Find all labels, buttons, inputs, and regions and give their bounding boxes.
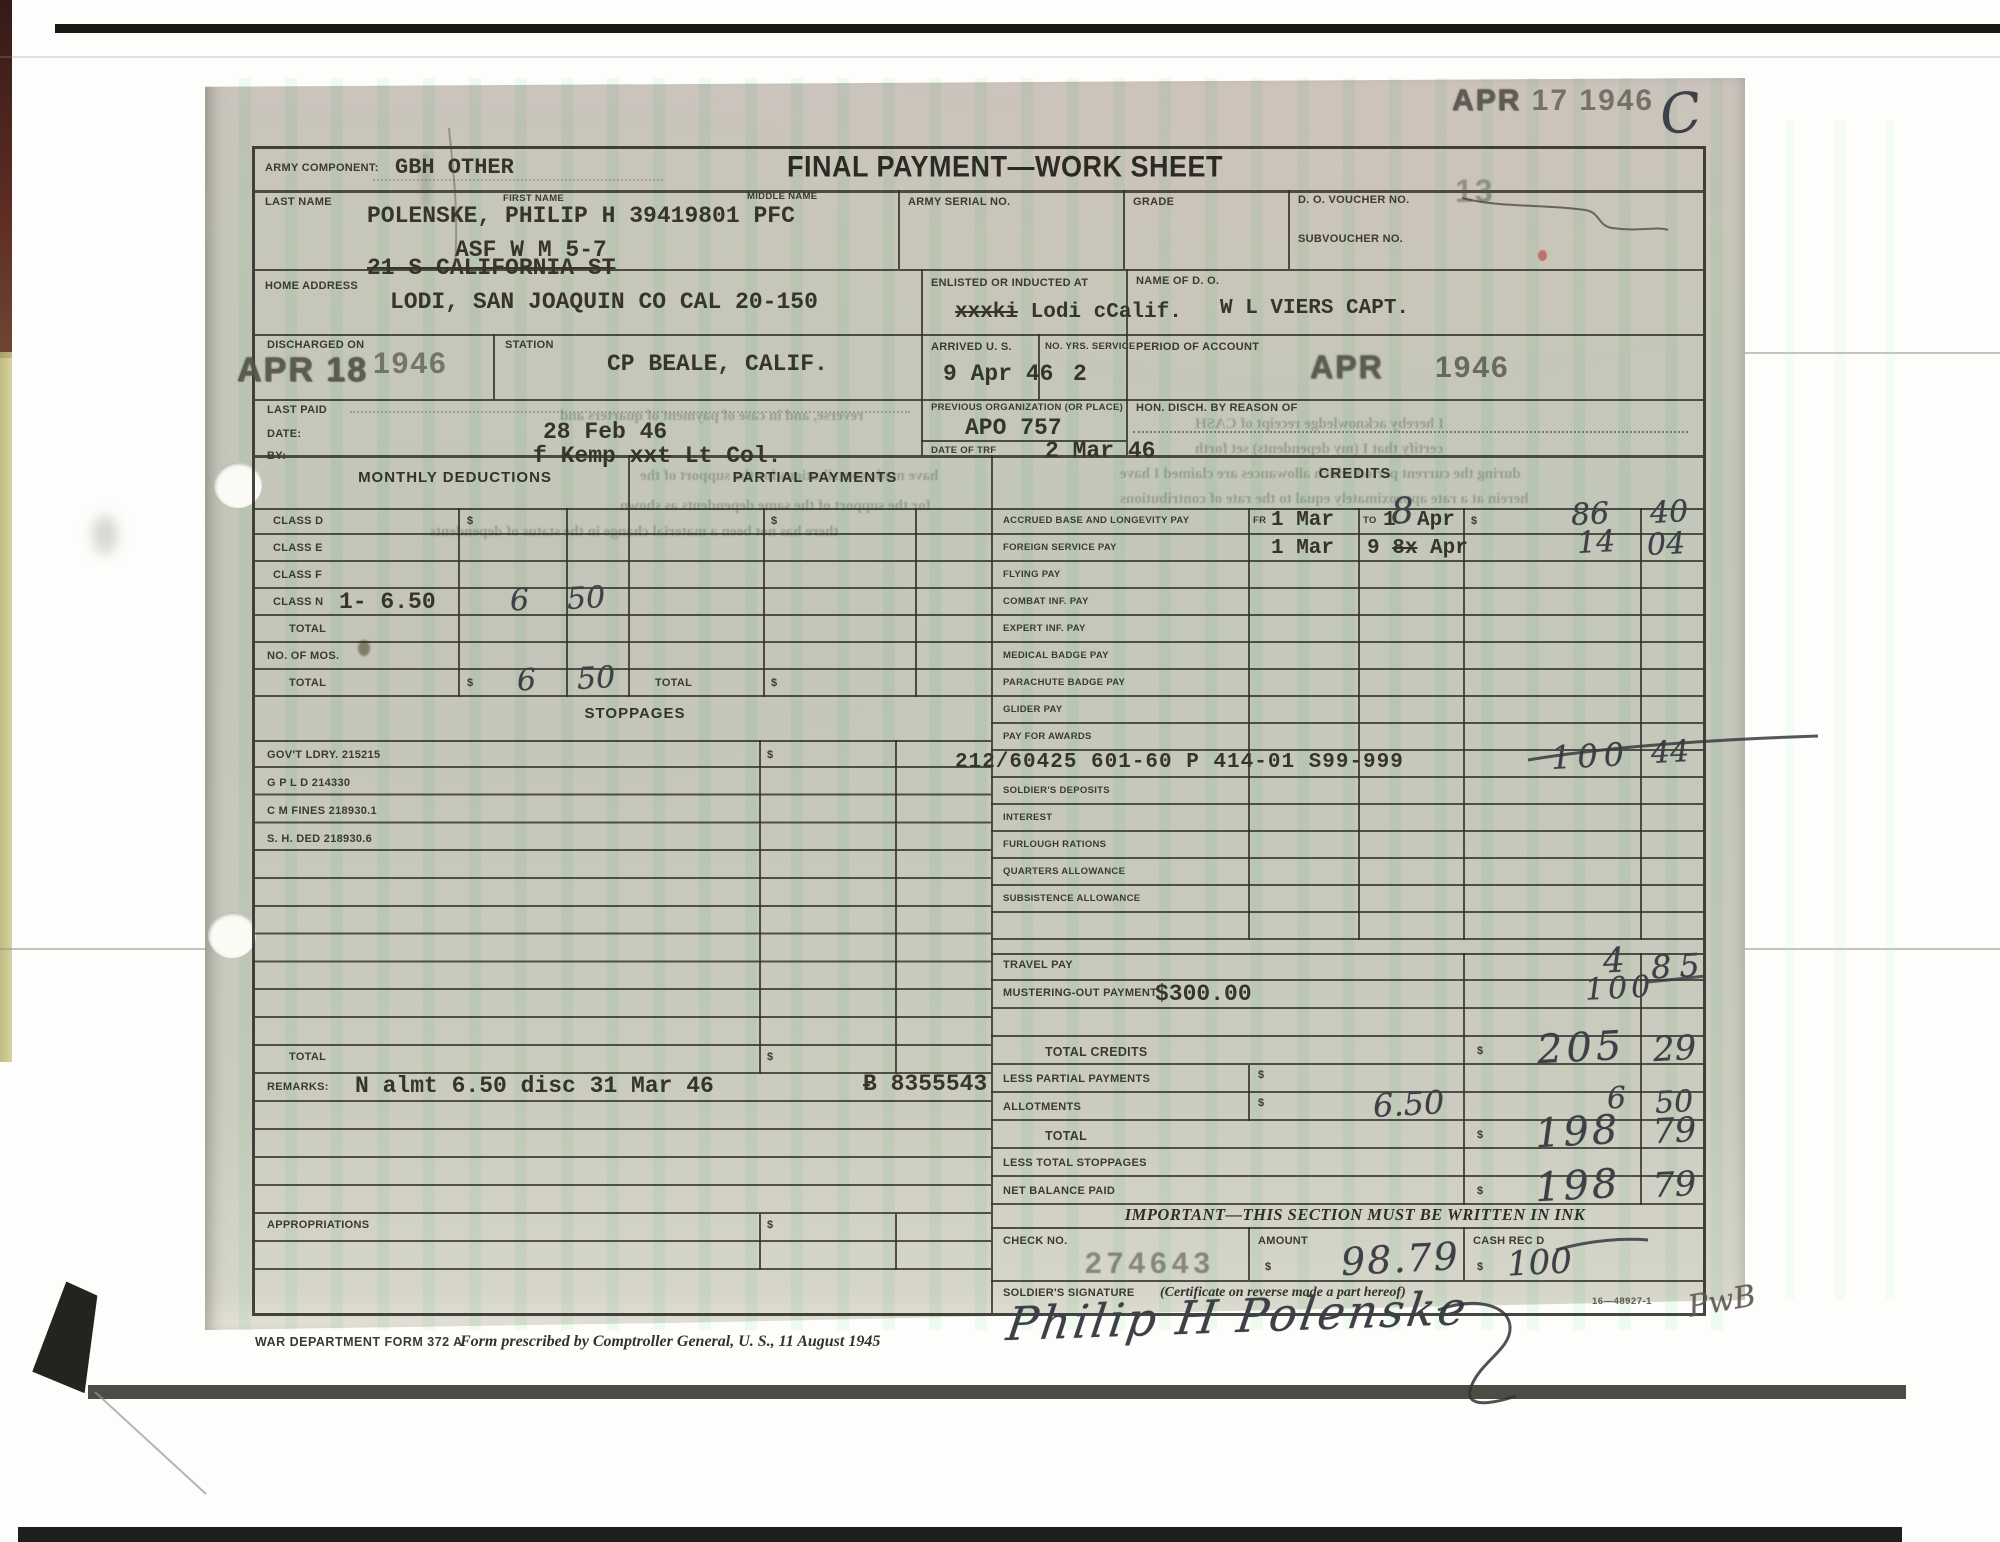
footer-form-number: WAR DEPARTMENT FORM 372 A: [255, 1335, 463, 1349]
hw-class-n-cents: 50: [566, 580, 606, 617]
stamp-month: APR: [1452, 84, 1521, 117]
footer-prescribed-by: Form prescribed by Comptroller General, …: [460, 1333, 880, 1351]
label-subsistence-allowance: SUBSISTENCE ALLOWANCE: [1003, 893, 1140, 904]
dollar-sign: $: [1258, 1097, 1264, 1109]
hw-net-balance-cents: 79: [1652, 1164, 1697, 1206]
label-class-f: CLASS F: [273, 569, 322, 581]
scan-edge-olive-strip: [0, 352, 12, 1062]
value-soldier-name: POLENSKE, PHILIP H 39419801 PFC: [367, 203, 795, 229]
label-quarters-allowance: QUARTERS ALLOWANCE: [1003, 866, 1125, 877]
section-monthly-deductions: MONTHLY DEDUCTIONS: [305, 469, 605, 486]
rule: [921, 269, 923, 455]
value-foreign-to-month: Apr: [1417, 537, 1467, 560]
label-net-balance-paid: NET BALANCE PAID: [1003, 1185, 1115, 1197]
hw-total-cents: 50: [576, 660, 616, 697]
value-last-paid-date: 28 Feb 46: [543, 419, 667, 445]
label-furlough-rations: FURLOUGH RATIONS: [1003, 839, 1106, 850]
scan-line: [0, 948, 205, 950]
label-class-n: CLASS N: [273, 596, 323, 608]
dollar-sign: $: [1265, 1261, 1271, 1273]
label-date: DATE:: [267, 428, 301, 440]
label-medical-badge-pay: MEDICAL BADGE PAY: [1003, 650, 1109, 661]
stamp-voucher-number: 13: [1455, 173, 1495, 210]
hw-total-credits-cents: 29: [1652, 1028, 1697, 1070]
label-flying-pay: FLYING PAY: [1003, 569, 1061, 580]
label-deductions-grand-total: TOTAL: [289, 677, 326, 689]
label-less-partial-payments: LESS PARTIAL PAYMENTS: [1003, 1073, 1150, 1085]
label-cm-fines: C M FINES 218930.1: [267, 805, 377, 817]
dollar-sign: $: [1477, 1261, 1483, 1273]
value-station: CP BEALE, CALIF.: [607, 351, 828, 377]
rule: [493, 334, 495, 399]
scan-edge-red-strip: [0, 0, 12, 358]
label-allotments: ALLOTMENTS: [1003, 1101, 1081, 1113]
dollar-sign: $: [467, 515, 473, 527]
hw-accrued-to-day: 8: [1390, 490, 1415, 532]
label-pay-for-awards: PAY FOR AWARDS: [1003, 731, 1092, 742]
rule: [1288, 190, 1290, 269]
label-combat-inf-pay: COMBAT INF. PAY: [1003, 596, 1089, 607]
label-last-paid: LAST PAID: [267, 404, 327, 416]
rule: [895, 1214, 897, 1270]
label-class-e: CLASS E: [273, 542, 323, 554]
label-enlisted-at: ENLISTED OR INDUCTED AT: [931, 277, 1088, 289]
stamp-period-year: 1946: [1435, 351, 1510, 385]
value-paid-by-struck: xxt: [630, 443, 671, 469]
label-fr: FR: [1253, 515, 1266, 526]
hw-class-n-dollars: 6: [509, 583, 530, 619]
value-remarks-number: Ƀ 8355543: [863, 1071, 987, 1097]
label-grade: GRADE: [1133, 196, 1174, 208]
section-stoppages: STOPPAGES: [495, 705, 775, 722]
form-title: FINAL PAYMENT—WORK SHEET: [775, 151, 1235, 184]
value-paid-by: f Kemp: [533, 443, 630, 469]
value-yrs-service: 2: [1073, 361, 1087, 387]
hw-check-amount: 98.79: [1340, 1234, 1461, 1284]
hw-total-credits-dollars: 205: [1536, 1023, 1627, 1074]
dollar-sign: $: [1477, 1045, 1483, 1057]
final-payment-worksheet-form: ARMY COMPONENT: GBH OTHER FINAL PAYMENT—…: [252, 146, 1706, 1316]
dollar-sign: $: [1477, 1129, 1483, 1141]
label-class-d: CLASS D: [273, 515, 323, 527]
label-stoppages-total: TOTAL: [289, 1051, 326, 1063]
dollar-sign: $: [1258, 1069, 1264, 1081]
label-remarks: REMARKS:: [267, 1081, 329, 1093]
label-previous-organization: PREVIOUS ORGANIZATION (OR PLACE): [931, 402, 1123, 413]
label-glider-pay: GLIDER PAY: [1003, 704, 1063, 715]
value-paid-by-rank: Lt Col.: [671, 443, 781, 469]
rule: [350, 411, 910, 413]
label-travel-pay: TRAVEL PAY: [1003, 959, 1073, 971]
label-arrived-us: ARRIVED U. S.: [931, 341, 1012, 353]
value-arrived-us: 9 Apr 46: [943, 361, 1053, 387]
value-foreign-to-struck: 8x: [1392, 537, 1417, 560]
corner-crease-line: [95, 1392, 206, 1494]
print-code: 16—48927-1: [1592, 1296, 1652, 1307]
rule: [991, 455, 993, 1313]
label-accrued-base-pay: ACCRUED BASE AND LONGEVITY PAY: [1003, 515, 1189, 526]
rule: [255, 399, 1703, 401]
rule: [759, 1214, 761, 1270]
hw-allotments-inner: 6.50: [1372, 1083, 1445, 1125]
hw-cash-amount: 100: [1506, 1241, 1573, 1284]
label-deductions-total: TOTAL: [289, 623, 326, 635]
label-middle-name: MIDDLE NAME: [747, 191, 817, 202]
stamp-discharge-year: 1946: [373, 347, 448, 381]
stamp-discharge-date: APR 18: [237, 351, 368, 390]
value-remarks: N almt 6.50 disc 31 Mar 46: [355, 1073, 714, 1099]
label-partial-total: TOTAL: [655, 677, 692, 689]
dollar-sign: $: [771, 515, 777, 527]
rule: [1640, 508, 1642, 940]
label-station: STATION: [505, 339, 554, 351]
label-foreign-service-pay: FOREIGN SERVICE PAY: [1003, 542, 1117, 553]
value-accrued-from: 1 Mar: [1271, 509, 1334, 532]
hw-net-balance-dollars: 198: [1534, 1161, 1622, 1211]
value-mustering-typed: $300.00: [1155, 981, 1252, 1007]
rule: [1248, 1227, 1250, 1280]
rule: [759, 740, 761, 1074]
rule: [895, 740, 897, 1074]
label-army-serial: ARMY SERIAL NO.: [908, 196, 1011, 208]
rule: [255, 740, 991, 742]
scanned-document-page: reverse, and in case of payment of quart…: [0, 0, 2000, 1542]
label-less-total-stoppages: LESS TOTAL STOPPAGES: [1003, 1157, 1147, 1169]
value-accounting-classification: 212/60425 601-60 P 414-01 S99-999: [955, 751, 1404, 774]
dollar-sign: $: [467, 677, 473, 689]
hw-total-cents: 79: [1652, 1110, 1697, 1152]
label-by: BY:: [267, 450, 286, 462]
section-partial-payments: PARTIAL PAYMENTS: [675, 469, 955, 486]
label-hon-disch-reason: HON. DISCH. BY REASON OF: [1136, 402, 1298, 414]
label-discharged-on: DISCHARGED ON: [267, 339, 364, 351]
scan-bottom-black-bar: [18, 1527, 1902, 1542]
hw-travel-cents: 85: [1650, 946, 1709, 987]
date-received-stamp: APR 17 1946: [1452, 84, 1654, 118]
label-subvoucher: SUBVOUCHER NO.: [1298, 233, 1403, 245]
value-name-of-do: W L VIERS CAPT.: [1220, 297, 1409, 320]
hw-account-cents: 44: [1650, 734, 1690, 771]
rule: [255, 508, 1703, 510]
label-soldiers-deposits: SOLDIER'S DEPOSITS: [1003, 785, 1110, 796]
rule: [1248, 508, 1250, 940]
value-foreign-to: 9: [1367, 537, 1392, 560]
dollar-sign: $: [767, 749, 773, 761]
label-appropriations: APPROPRIATIONS: [267, 1219, 369, 1231]
label-army-component: ARMY COMPONENT:: [265, 162, 379, 174]
rule: [915, 508, 917, 697]
dollar-sign: $: [771, 677, 777, 689]
punch-hole: [208, 912, 256, 958]
hw-foreign-dollars: 14: [1576, 524, 1616, 561]
ruled-rows: [255, 740, 991, 1046]
label-gpld: G P L D 214330: [267, 777, 350, 789]
important-notice: IMPORTANT—THIS SECTION MUST BE WRITTEN I…: [1055, 1205, 1655, 1225]
value-home-address: LODI, SAN JOAQUIN CO CAL 20-150: [390, 289, 818, 315]
hw-total-dollars: 198: [1534, 1107, 1622, 1157]
rule: [991, 1227, 1703, 1229]
rule: [1463, 1227, 1465, 1280]
value-accrued-to-month: Apr: [1417, 509, 1455, 532]
scan-line: [0, 56, 2000, 58]
label-name-of-do: NAME OF D. O.: [1136, 275, 1219, 287]
section-credits: CREDITS: [1215, 465, 1495, 482]
stamp-day-year: 17 1946: [1521, 84, 1654, 117]
value-enlisted-at: Lodi cCalif.: [1018, 301, 1182, 324]
rule: [628, 455, 630, 697]
label-do-voucher: D. O. VOUCHER NO.: [1298, 194, 1409, 206]
label-period-of-account: PERIOD OF ACCOUNT: [1136, 341, 1259, 353]
label-expert-inf-pay: EXPERT INF. PAY: [1003, 623, 1086, 634]
label-home-address: HOME ADDRESS: [265, 280, 358, 292]
rule: [1133, 431, 1688, 433]
stamp-check-number: 274643: [1085, 1247, 1215, 1281]
label-to: TO: [1363, 515, 1377, 526]
scan-line: [1745, 948, 2000, 950]
value-date-of-trf: 2 Mar 46: [1045, 438, 1155, 464]
label-parachute-badge-pay: PARACHUTE BADGE PAY: [1003, 677, 1125, 688]
rule: [1126, 269, 1128, 455]
smudge-stain: [92, 515, 118, 555]
hw-account-dollars: 100: [1550, 735, 1631, 777]
rule: [1123, 190, 1125, 269]
scan-corner-wedge: [30, 1279, 109, 1393]
hw-mustering-amount: 100: [1584, 969, 1655, 1008]
rule: [1463, 508, 1465, 940]
dollar-sign: $: [1477, 1185, 1483, 1197]
label-sh-ded: S. H. DED 218930.6: [267, 833, 372, 845]
rule: [763, 508, 765, 697]
rule: [1463, 953, 1465, 1205]
label-date-of-trf: DATE OF TRF: [931, 445, 996, 456]
scan-top-bar: [55, 24, 2000, 33]
label-total-credits: TOTAL CREDITS: [1045, 1045, 1148, 1059]
value-enlisted-struck: xxxki: [955, 301, 1018, 324]
value-foreign-from: 1 Mar: [1271, 537, 1334, 560]
value-street-address-struck: 21 S CALIFORNIA ST: [367, 255, 615, 281]
stamp-period-month: APR: [1310, 349, 1384, 386]
label-no-of-mos: NO. OF MOS.: [267, 650, 339, 662]
value-class-n: 1- 6.50: [339, 589, 436, 615]
label-yrs-service: NO. YRS. SERVICE: [1045, 341, 1136, 352]
hw-foreign-cents: 04: [1646, 526, 1686, 563]
rule: [898, 190, 900, 269]
scan-line: [1745, 352, 2000, 354]
rule: [255, 334, 1703, 336]
label-last-name: LAST NAME: [265, 196, 332, 208]
rule: [458, 508, 460, 697]
rule: [1248, 1065, 1250, 1121]
scanner-stripes-margin: [1745, 120, 1930, 1300]
label-mustering-out: MUSTERING-OUT PAYMENT: [1003, 987, 1157, 999]
label-govt-ldry: GOV'T LDRY. 215215: [267, 749, 380, 761]
pen-corner-mark: C: [1656, 79, 1706, 147]
label-interest: INTEREST: [1003, 812, 1052, 823]
rule: [991, 953, 1703, 955]
label-total: TOTAL: [1045, 1129, 1087, 1143]
dollar-sign: $: [1471, 515, 1477, 527]
dollar-sign: $: [767, 1051, 773, 1063]
label-check-no: CHECK NO.: [1003, 1235, 1067, 1247]
label-amount: AMOUNT: [1258, 1235, 1308, 1247]
scan-bottom-gray-bar: [88, 1385, 1906, 1399]
hw-total-dollars: 6: [516, 663, 537, 699]
value-army-component: GBH OTHER: [395, 155, 514, 180]
rule: [1358, 508, 1360, 940]
dollar-sign: $: [767, 1219, 773, 1231]
